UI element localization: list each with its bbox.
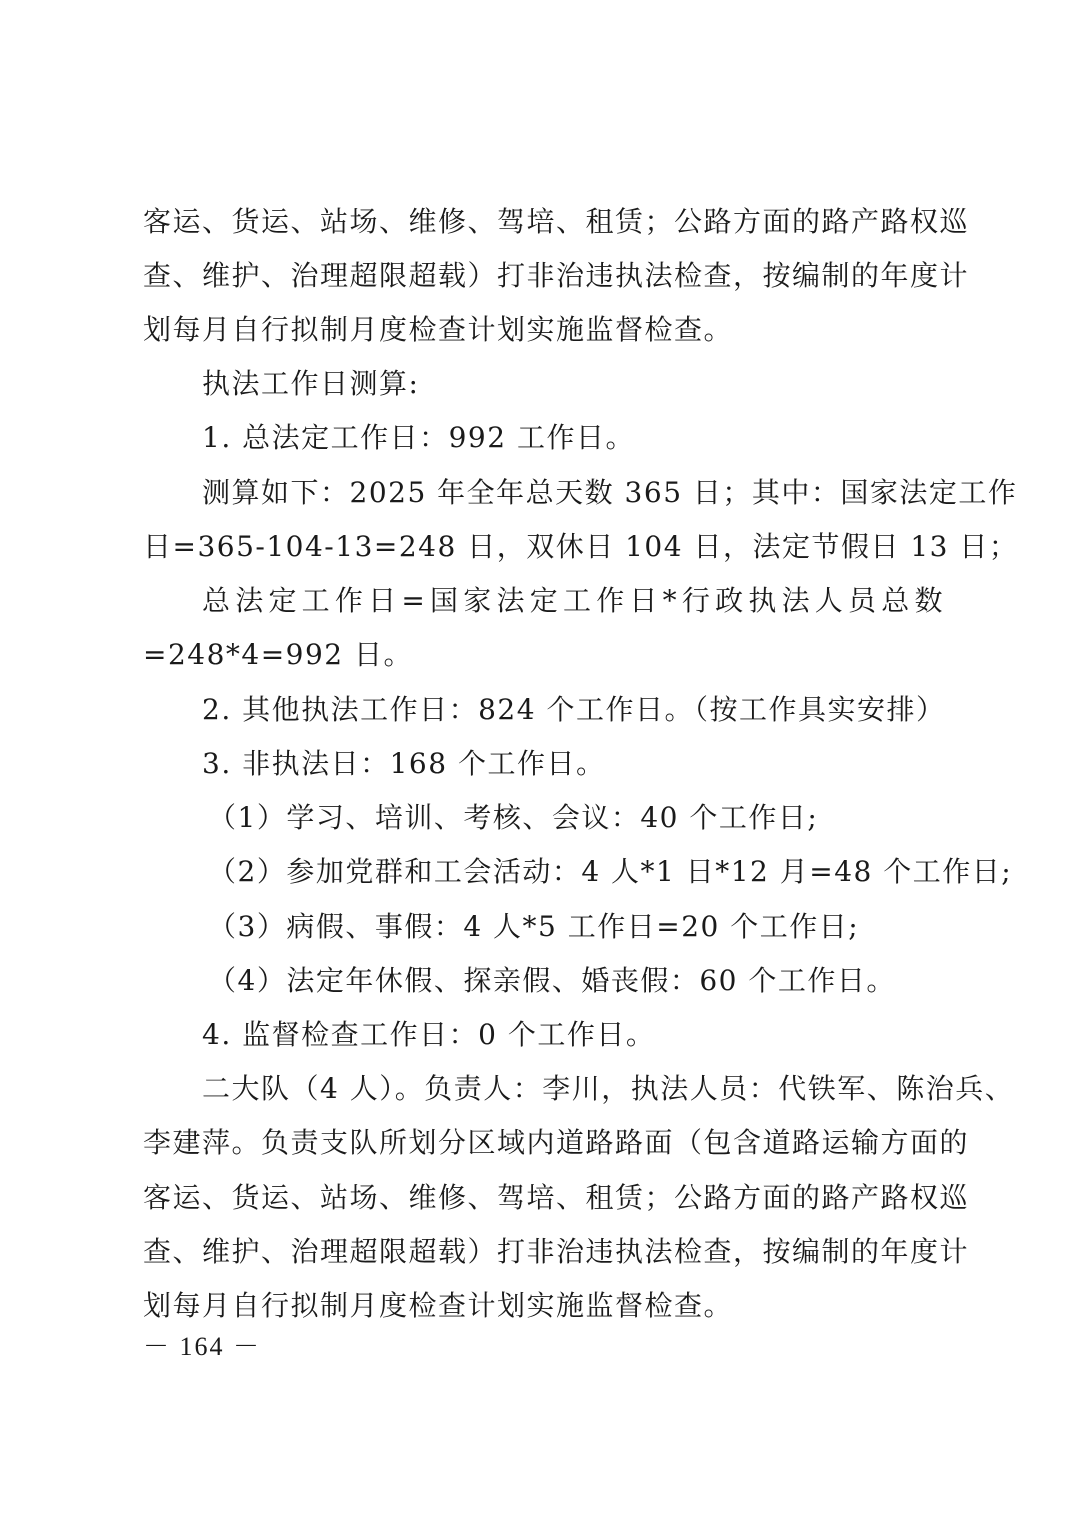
paragraph-line: 查、维护、治理超限超载）打非治违执法检查，按编制的年度计 <box>143 258 943 294</box>
list-item: 4. 监督检查工作日：0 个工作日。 <box>202 1017 944 1053</box>
list-item: 3. 非执法日：168 个工作日。 <box>202 746 944 782</box>
paragraph-line: 二大队（4 人）。负责人：李川，执法人员：代铁军、陈治兵、 <box>202 1071 944 1107</box>
paragraph-line: 划每月自行拟制月度检查计划实施监督检查。 <box>143 312 943 348</box>
paragraph-line: 查、维护、治理超限超载）打非治违执法检查，按编制的年度计 <box>143 1234 943 1270</box>
paragraph-line: 划每月自行拟制月度检查计划实施监督检查。 <box>143 1288 943 1324</box>
sub-list-item: （1）学习、培训、考核、会议：40 个工作日; <box>208 800 944 836</box>
list-item: 1. 总法定工作日：992 工作日。 <box>202 420 944 456</box>
paragraph-line: 李建萍。负责支队所划分区域内道路路面（包含道路运输方面的 <box>143 1125 943 1161</box>
formula-line: 总法定工作日=国家法定工作日*行政执法人员总数 <box>202 583 944 619</box>
formula-line: =248*4=992 日。 <box>143 637 943 673</box>
paragraph-line: 客运、货运、站场、维修、驾培、租赁；公路方面的路产路权巡 <box>143 1180 943 1216</box>
paragraph-line: 测算如下：2025 年全年总天数 365 日；其中：国家法定工作 <box>202 475 944 511</box>
paragraph-line: 日=365-104-13=248 日，双休日 104 日，法定节假日 13 日； <box>143 529 943 565</box>
list-item: 2. 其他执法工作日：824 个工作日。（按工作具实安排） <box>202 692 944 728</box>
sub-list-item: （2）参加党群和工会活动：4 人*1 日*12 月=48 个工作日; <box>208 854 944 890</box>
page-number: － 164 － <box>143 1330 261 1364</box>
section-heading: 执法工作日测算: <box>202 366 944 402</box>
paragraph-line: 客运、货运、站场、维修、驾培、租赁；公路方面的路产路权巡 <box>143 204 943 240</box>
sub-list-item: （3）病假、事假：4 人*5 工作日=20 个工作日; <box>208 909 944 945</box>
sub-list-item: （4）法定年休假、探亲假、婚丧假：60 个工作日。 <box>208 963 944 999</box>
document-page: 客运、货运、站场、维修、驾培、租赁；公路方面的路产路权巡 查、维护、治理超限超载… <box>0 0 1074 1520</box>
